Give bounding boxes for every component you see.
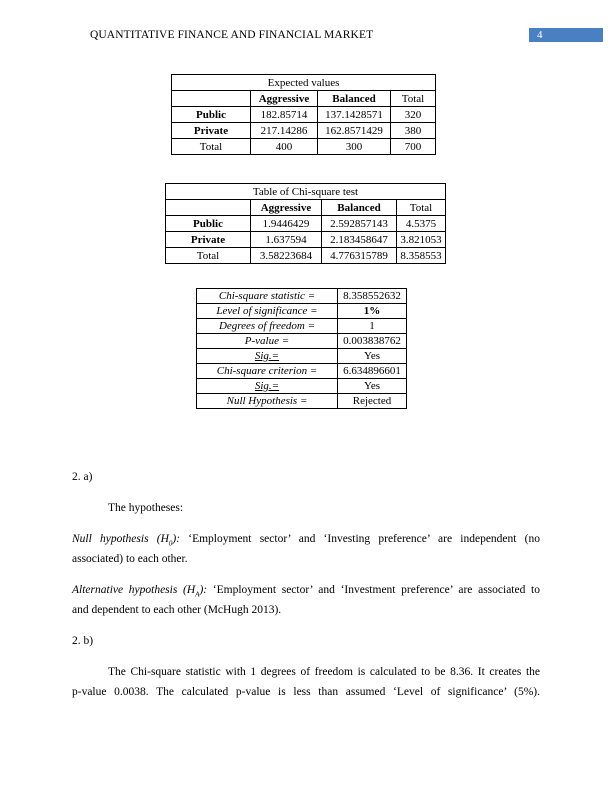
table-row: P-value =0.003838762 xyxy=(197,334,407,349)
table-header-cell: Total xyxy=(397,200,446,216)
summary-value: 1 xyxy=(338,319,407,334)
table-cell: 4.5375 xyxy=(397,216,446,232)
summary-value: 0.003838762 xyxy=(338,334,407,349)
table-header-cell: Aggressive xyxy=(251,91,318,107)
row-label: Public xyxy=(166,216,251,232)
table-cell: 320 xyxy=(391,107,436,123)
table-row: Level of significance =1% xyxy=(197,304,407,319)
summary-label: P-value = xyxy=(197,334,338,349)
table-caption: Expected values xyxy=(172,75,436,91)
chi-square-table: Table of Chi-square test Aggressive Bala… xyxy=(165,183,446,264)
table-row: Sig.=Yes xyxy=(197,349,407,364)
table-header-cell: Balanced xyxy=(322,200,397,216)
page-number-badge: 4 xyxy=(529,28,603,42)
table-cell: 8.358553 xyxy=(397,248,446,264)
section-heading-2a: 2. a) xyxy=(72,468,540,486)
summary-value: 6.634896601 xyxy=(338,364,407,379)
table-row: Degrees of freedom =1 xyxy=(197,319,407,334)
section-heading-2b: 2. b) xyxy=(72,632,540,650)
running-header-title: QUANTITATIVE FINANCE AND FINANCIAL MARKE… xyxy=(90,29,373,41)
table-row: Chi-square statistic =8.358552632 xyxy=(197,289,407,304)
table-header-cell xyxy=(172,91,251,107)
table-cell: 4.776315789 xyxy=(322,248,397,264)
table-row: Chi-square criterion =6.634896601 xyxy=(197,364,407,379)
summary-value: 1% xyxy=(338,304,407,319)
table-row: Private 1.637594 2.183458647 3.821053 xyxy=(166,232,446,248)
paragraph-2b-line1: The Chi-square statistic with 1 degrees … xyxy=(72,663,540,681)
table-row: Private 217.14286 162.8571429 380 xyxy=(172,123,436,139)
table-cell: 137.1428571 xyxy=(318,107,391,123)
table-cell: 2.183458647 xyxy=(322,232,397,248)
table-header-cell: Total xyxy=(391,91,436,107)
table-cell: 1.9446429 xyxy=(251,216,322,232)
null-hypothesis-label: Null hypothesis (H0): xyxy=(72,533,180,545)
summary-value: Rejected xyxy=(338,394,407,409)
summary-label: Chi-square statistic = xyxy=(197,289,338,304)
alt-hypothesis-line1: Alternative hypothesis (HA): ‘Employment… xyxy=(72,581,540,603)
hypotheses-intro: The hypotheses: xyxy=(72,499,540,517)
summary-value: Yes xyxy=(338,349,407,364)
table-row: Total 3.58223684 4.776315789 8.358553 xyxy=(166,248,446,264)
chi-square-summary-table: Chi-square statistic =8.358552632 Level … xyxy=(196,288,407,409)
row-label: Total xyxy=(166,248,251,264)
table-cell: 1.637594 xyxy=(251,232,322,248)
table-cell: 2.592857143 xyxy=(322,216,397,232)
null-hypothesis-line2: associated) to each other. xyxy=(72,550,540,568)
table-cell: 380 xyxy=(391,123,436,139)
table-row: Public 182.85714 137.1428571 320 xyxy=(172,107,436,123)
table-row: Total 400 300 700 xyxy=(172,139,436,155)
row-label: Private xyxy=(172,123,251,139)
table-cell: 300 xyxy=(318,139,391,155)
row-label: Private xyxy=(166,232,251,248)
table-row: Null Hypothesis =Rejected xyxy=(197,394,407,409)
row-label: Total xyxy=(172,139,251,155)
table-cell: 3.58223684 xyxy=(251,248,322,264)
table-row: Sig.=Yes xyxy=(197,379,407,394)
table-cell: 400 xyxy=(251,139,318,155)
summary-value: Yes xyxy=(338,379,407,394)
table-cell: 700 xyxy=(391,139,436,155)
summary-label: Sig.= xyxy=(197,349,338,364)
null-hypothesis-line1: Null hypothesis (H0): ‘Employment sector… xyxy=(72,530,540,552)
summary-label: Chi-square criterion = xyxy=(197,364,338,379)
paragraph-2b-line2: p-value 0.0038. The calculated p-value i… xyxy=(72,683,540,701)
alt-hypothesis-line2: and dependent to each other (McHugh 2013… xyxy=(72,601,540,619)
alt-hypothesis-label: Alternative hypothesis (HA): xyxy=(72,584,207,596)
summary-label: Level of significance = xyxy=(197,304,338,319)
summary-label: Degrees of freedom = xyxy=(197,319,338,334)
table-header-cell: Aggressive xyxy=(251,200,322,216)
table-cell: 162.8571429 xyxy=(318,123,391,139)
table-header-cell: Balanced xyxy=(318,91,391,107)
table-cell: 3.821053 xyxy=(397,232,446,248)
summary-label: Null Hypothesis = xyxy=(197,394,338,409)
table-row: Public 1.9446429 2.592857143 4.5375 xyxy=(166,216,446,232)
row-label: Public xyxy=(172,107,251,123)
table-cell: 217.14286 xyxy=(251,123,318,139)
table-caption: Table of Chi-square test xyxy=(166,184,446,200)
summary-label: Sig.= xyxy=(197,379,338,394)
summary-value: 8.358552632 xyxy=(338,289,407,304)
table-header-cell xyxy=(166,200,251,216)
expected-values-table: Expected values Aggressive Balanced Tota… xyxy=(171,74,436,155)
table-cell: 182.85714 xyxy=(251,107,318,123)
